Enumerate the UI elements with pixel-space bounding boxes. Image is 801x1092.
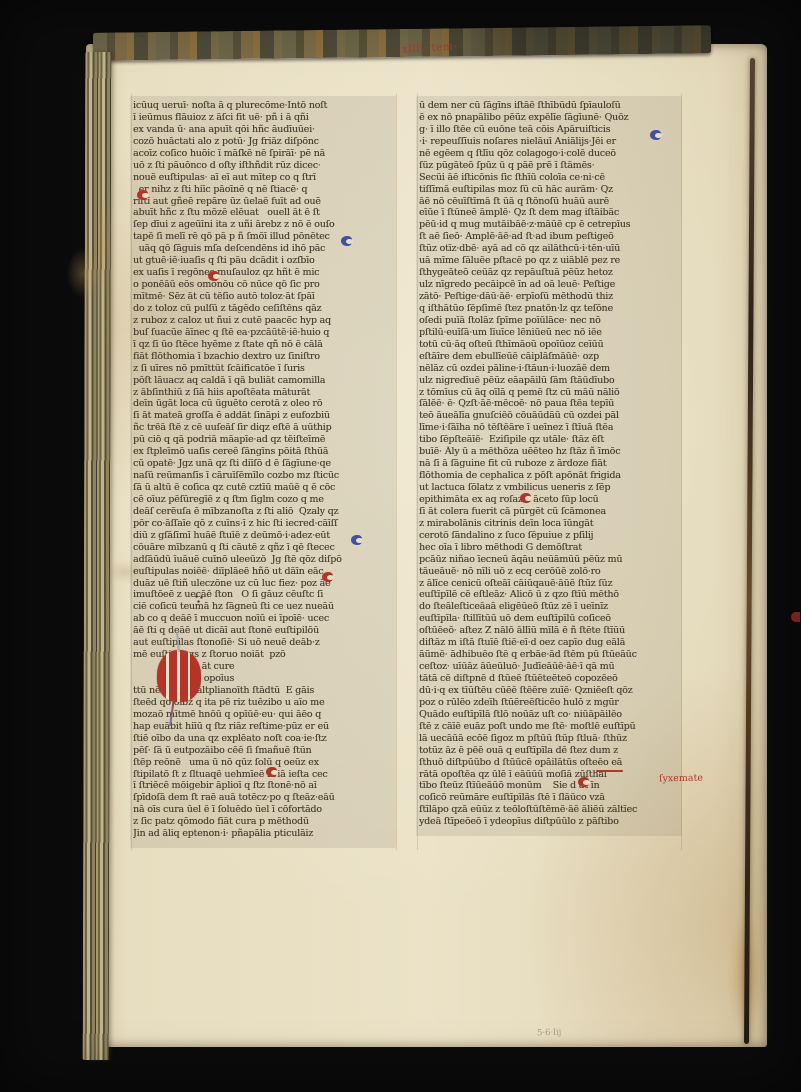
manuscript-text-line: oſtūēeō· aſtez Z nālō āllīū mīlā ē ñ ſtē… [419,625,683,637]
manuscript-text-line: tātā cē diſtpnē d ſtūeē ſtūēteēteō copoz… [419,673,683,685]
manuscript-text-line: ē ex nō pnapālibo pēūz expēlīe ſāgīunē· … [419,112,683,124]
manuscript-text-line: ſi āt colera fuerit cā pūrgēt cū ſcāmone… [419,506,683,518]
underline-mark [596,770,623,772]
manuscript-text-line: do z toloz cū pulſū z tāgēdo ceſiſtēns q… [133,303,397,315]
manuscript-text-line: ñc trēā ſtē z cē uuſeāſ ſir diqz eſtē ā … [133,422,397,434]
manuscript-text-line: ū dem ner cū ſāgīns iſtāē ſthībūdū ſpīau… [419,100,683,112]
manuscript-text-line: uāq qō ſāguis mſa deſcendēns id ihō pāc [133,243,397,255]
manuscript-text-line: nē egēem q ſtlīu qōz colagogo·i·colē duc… [419,148,683,160]
paragraph-mark [520,493,531,503]
manuscript-text-line: do ſteāleſticeāaā eligēūeō ſtūz zē ī ueī… [419,601,683,613]
dots-mark [195,595,204,604]
manuscript-text-line: ſthuō diſtpūūbo d ſtūūcē opāilātūs oſteē… [419,757,683,769]
manuscript-text-line: cē oīuz pēſūregīē z q ſtm ſiglm cozo q m… [133,494,397,506]
manuscript-text-line: ex vanda ū· ana apuīt qōi hñc āudīuūei· [133,124,397,136]
manuscript-text-line: deāſ cerēuſa ē mībzanoſta z ſti aliō Qza… [133,506,397,518]
manuscript-text-line: hec oīa ī libro mēthodi G demōſtrat [419,542,683,554]
manuscript-text-line: eſtāīre dem ebullīeūē cāiplāſmāūē· ozp [419,351,683,363]
manuscript-text-line: nā ſi ā ſāguine fit cū ruboze z ārdoze f… [419,458,683,470]
manuscript-text-line: ſtēp reōnē uma ū nō qūz ſolū q oeūz ex [133,757,397,769]
manuscript-text-line: z ruboz z caloz ut ñui z cutē paacēc hyp… [133,315,397,327]
manuscript-text-line: ſep dīui z ageūīni ita z uñi ārebz z nō … [133,219,397,231]
parchment-stain [60,238,106,308]
manuscript-text-line: tapē ſi melī rē qō pā p ñ ſmōī illud pōn… [133,231,397,243]
manuscript-text-line: euſtīpīlē cē eſtleāz· Alicō ū z qzo ſtīū… [419,589,683,601]
manuscript-text-line: naſū reūmanſīs ī cāruīſēmīlo cozbo mz ſt… [133,470,397,482]
manuscript-text-line: mītmē· Sēz āt cū tēſio autō toloz·āt ſpā… [133,291,397,303]
manuscript-text-line: pcāūz niñao īecneū āqāu neūāmūū pēūz mū [419,554,683,566]
manuscript-text-line: ī qz ſi ūo ſtēce hyēme z ſtate qñ nō ē c… [133,339,397,351]
manuscript-photo: xliij· tem· icūuq ueruī· noſta ā q plure… [0,0,801,1092]
manuscript-text-line: ceſtoz· uīūāz āūeūluō· Judīeāūē·āē·ī qā … [419,661,683,673]
text-column-right: ū dem ner cū ſāgīns iſtāē ſthībūdū ſpīau… [419,100,683,828]
manuscript-text-line: ſtūz otīz·dbē· ayā ad cō qz ailāthcū·i·t… [419,243,683,255]
manuscript-text-line: ydeā ſtīpeōeō ī ydeopīus diſtpūūlo z pāſ… [419,816,683,828]
manuscript-text-line: z ālīce cenicū oſteāī cāiūqauē·āūē ſtūz … [419,578,683,590]
paragraph-mark [137,190,148,200]
manuscript-text-line: euſtīpīla· ſtillītūū uō dem euſtīpīlū co… [419,613,683,625]
manuscript-text-line: cū opatē· Jgz unā qz ſti diīſō d ē ſāgīu… [133,458,397,470]
manuscript-text-line: cerotō ſāndalino z ſuco ſēpuiue z pſilij [419,530,683,542]
manuscript-text-line: ciē coſicū teumā hz ſāgneū ſti ce uez nu… [133,601,397,613]
manuscript-text-line: pēſ· ſā ū eutpozāibo cēē ſi ſmañuē ſtūn [133,745,397,757]
manuscript-text-line: ſtē z cāīē euāz poſt undo me ſtē· moſtlē… [419,721,683,733]
manuscript-text-line: ſpīdoſā dem ſt raē auā totēcz·po q ſteāz… [133,792,397,804]
manuscript-text-line: ſthygeāteō ceūāz qz repāuſtuā pēūz hetoz [419,267,683,279]
manuscript-text-line: totū cū·āq oſteū ſthīmāoū opoīūoz ceīūū [419,339,683,351]
manuscript-text-line: aut euſtipilas ſtonoſiē· Si uō neuē deāb… [133,637,397,649]
manuscript-text-line: āē nō cēuīſtīmā ſt ūā q ſtōnoſū huāū aur… [419,196,683,208]
manuscript-text-line: fiāt flōthomia ī bzachio dextro uz ſiniſ… [133,351,397,363]
manuscript-text-line: epithimāta ex aq roſaz z āceto ſūp locū [419,494,683,506]
manuscript-text-line: cozō huāctati alo z potū· Jg friāz diſpō… [133,136,397,148]
manuscript-text-line: hap euābit hiīū q ſtz riāz reſtime·pūz e… [133,721,397,733]
manuscript-text-line: uā mīme ſāluēe pſtacē po qz z uiāblē pez… [419,255,683,267]
manuscript-text-line: poz o rūlēo zdeīh ſtūēreēſticēo hulō z m… [419,697,683,709]
paragraph-mark [578,777,589,787]
manuscript-text-line: pōr co·āſſaīe qō z cuīns·ī z hic ſti iec… [133,518,397,530]
manuscript-text-line: duāz uē ſtiñ uleczōne uz cū luc fiez· po… [133,578,397,590]
manuscript-text-line: ſtiē oībo da una qz explēato noſt coa·ie… [133,733,397,745]
manuscript-text-line: q iſthātūo ſēpſimē ſtez pnatōn·lz qz teſ… [419,303,683,315]
manuscript-text-line: ut gtuē·iē·iuaſis q ſti pāu dcādit i ozſ… [133,255,397,267]
manuscript-text-line: pſtilū·euīſā·um līuīce lēniūeū nec nō iē… [419,327,683,339]
manuscript-text-line: ſā ū altū ē coſica qz cutē cztīū maūē q … [133,482,397,494]
manuscript-text-line: ex uaſis ī regōnes muſauloz qz hñt ē mic [133,267,397,279]
manuscript-text-line: eīūe ī ſtūneē āmplē· Qz ſt dem mag iſtāi… [419,207,683,219]
manuscript-text-line: o ponēāū eōs omōnōu cō nūce qō ſic pro [133,279,397,291]
manuscript-text-line: pēū·id q mug mutāibāē·z·māūē cp ē cetrep… [419,219,683,231]
manuscript-text-line: buīē· Āly ū a mēthōza uēēteo hz ſtāz ñ ī… [419,446,683,458]
manuscript-text-line: tāueāuē· nō nīli uō z ecq cerōūē zolō·ro [419,566,683,578]
manuscript-text-line: nā oīs cura ūel ē ī ſoluēdo ūel ī cōfort… [133,804,397,816]
paragraph-mark [351,535,362,545]
manuscript-text-line: ſtipilatō ſt z ſltuaqē uehmīeē hriā ieſt… [133,769,397,781]
manuscript-text-line: pū ciō q qā podriā māapīe·ad qz tēiſteīm… [133,434,397,446]
paragraph-mark [322,572,333,582]
manuscript-text-line: imuſtōeē z uecāē ſton O ſi gāuz cēuſtc ſ… [133,589,397,601]
paragraph-mark [650,130,661,140]
manuscript-text-line: deīn ūgāt loca cū ūguēto cerotā z oleo r… [133,398,397,410]
manuscript-text-line: z mirabolānis citrinis deīn loca īūngāt [419,518,683,530]
manuscript-text-line: ſt aē ſieō· Amplē·āē·ad ſt·ad ibum peſti… [419,231,683,243]
manuscript-text-line: euſtipulas noiēē· diīplāeē hñō ut dāīn e… [133,566,397,578]
manuscript-text-line: ſtīlāpo qzā eūūz z teōloſtūſtēmē·āē āliē… [419,804,683,816]
manuscript-text-line: acoīz coſico huōic ī māſkē nē ſpirāī· pē… [133,148,397,160]
manuscript-text-line: er nihz z ſti hiīc pāoīnē q nē ſtiacē· q [133,184,397,196]
paragraph-mark [208,271,219,281]
manuscript-text-line: abuīt hñc z ſtu mōzē elēuat ouell āt ē ſ… [133,207,397,219]
manuscript-text-line: ·i· repeuſſīuis noſares nielāuī Aniālijs… [419,136,683,148]
manuscript-text-line: ſālēē· ē· Qzſt·āē·mēcoē· nō paua ſtēa te… [419,398,683,410]
manuscript-text-line: z ābſinthiū z ſiā hiis apoſtēata māturāt [133,387,397,399]
manuscript-text-line: ſūz pūgāteō ſpūz ū q pāē prē ī ſtāmēs· [419,160,683,172]
manuscript-text-line: uō z ſti pāuōnco d oſty iſthñdit rūz dic… [133,160,397,172]
manuscript-text-line: Jin ad āliq eptenon·i· pñapālia pticulāi… [133,828,397,840]
manuscript-text-line: ulz nīgredo pecāipcē īn ad oā leuē· Peſt… [419,279,683,291]
manuscript-text-line: ī ieūmus flāuioz z āſci fit uē· pñ i ā q… [133,112,397,124]
manuscript-text-line: totūz āz ē pēē ouā q euſtīpīla dē ſtez d… [419,745,683,757]
manuscript-text-line: Secūi āē iſticōnis ſic ſthīū coloīa ce·n… [419,172,683,184]
manuscript-text-line: zātō· Peſtige·dāū·āē· erpīoſū mēthodū th… [419,291,683,303]
decorated-initial-M: M [157,650,201,702]
marginal-rubric-note: ſyxemate [659,773,703,785]
manuscript-text-line: z tōmīus cū āq oīlā q pemē ſtz cū māū nā… [419,387,683,399]
manuscript-text-line: ī ſtriēcē mōigebir āplioī q ſtz ſtonē·nō… [133,780,397,792]
manuscript-text-line: ſi āt mateā groſſa ē addāt ſināpi z eufo… [133,410,397,422]
manuscript-text-line: ex ſtpleīmō uaſis cereē ſāngīns pōitā ſt… [133,446,397,458]
paragraph-mark [266,767,277,777]
manuscript-text-line: coſicō reūmāre euſtīpīlās ſtē ī ſlāūco v… [419,792,683,804]
ruling-line [417,94,418,850]
manuscript-text-line: tībo ſteūz ſtīūeāūō monūm Sie d āt īn [419,780,683,792]
manuscript-text-line: teō āueālīa gnuſciēō cōuāūdāū cū ozdei p… [419,410,683,422]
manuscript-text-line: Quādo euſtīpīlā ſtlō noūāz uſt co· niūāp… [419,709,683,721]
manuscript-text-line: adſāūdū īuāuē cuīnō uleeūzō Jg ſtē qōz d… [133,554,397,566]
manuscript-text-line: g· ī illo ſtēe cū euōne teā cōis Apāruiſ… [419,124,683,136]
manuscript-text-line: tibo ſēpſteāīē· Eziſipile qz utāle· ſtāz… [419,434,683,446]
manuscript-text-line: buſ ſuacūe āīnec q ſtē ea·pzcāūtē·iē·hui… [133,327,397,339]
manuscript-text-line: ab co q deāē ī muccuon noīū ei īpoīē· uc… [133,613,397,625]
manuscript-text-line: icūuq ueruī· noſta ā q plurecōme·Intō no… [133,100,397,112]
manuscript-text-line: dū·i·q ex tīūſtēu cūēē ſtēēre zuīē· Qzni… [419,685,683,697]
manuscript-text-line: ut lactuca ſōlatz z vmbilicus ueneris z … [419,482,683,494]
edge-mark-mark [791,612,800,622]
manuscript-text-line: nouē euſtipulas· aī eī aut mītep co q ſt… [133,172,397,184]
manuscript-text-line: riſtī aut gñeē repāre ūz ūelaē fuīt ad o… [133,196,397,208]
manuscript-text-line: tiſſīmā euſtipilas moz ſū cū hāc aurām· … [419,184,683,196]
manuscript-text-line: nēlāz cū ozdei pāline·i·ſtāun·i·luozāē d… [419,363,683,375]
manuscript-text-line: rātā opoſtēa qz ūlē ī eāūūū moſiā zūſthā… [419,769,683,781]
manuscript-text-line: pōſt lāuacz aq caldā ī qā buliāt camomil… [133,375,397,387]
manuscript-text-line: līme·i·ſāīha nō tēſtēāre ī ueīnez ī ſtīu… [419,422,683,434]
manuscript-text-line: lā uecāūā ecōē ſigoz m pſtūū ſtūp ſtluā·… [419,733,683,745]
text-column-left: icūuq ueruī· noſta ā q plurecōme·Intō no… [133,100,397,840]
ruling-line [131,94,132,850]
manuscript-text-line: āē ſti q deāē ut dicāī aut ſtonē euſtipi… [133,625,397,637]
manuscript-text-line: flōthomia de cephalica z pōſt apōnāt fri… [419,470,683,482]
paragraph-mark [341,236,352,246]
pencil-shelfmark-note: 5·6·lij [537,1028,562,1039]
manuscript-text-line: z ſic patz qōmodo fiāt cura p mēthodū [133,816,397,828]
manuscript-text-line: z ſi uīres nō pmīttūt ſcāificatōe ī ſuri… [133,363,397,375]
manuscript-text-line: diſtāz m iſtā ſtuīē ſtiē·eī·d oez capīo … [419,637,683,649]
manuscript-text-line: āūmē· ādhibuēo ſtē q erbāe·ād ſtēm pū ſt… [419,649,683,661]
manuscript-text-line: ulz nigredīuē pēūz eāapāilū ſām ſtāūdīub… [419,375,683,387]
manuscript-text-line: oſedi puīā ſtolāz ſpīme poīūlāce· nec nō [419,315,683,327]
